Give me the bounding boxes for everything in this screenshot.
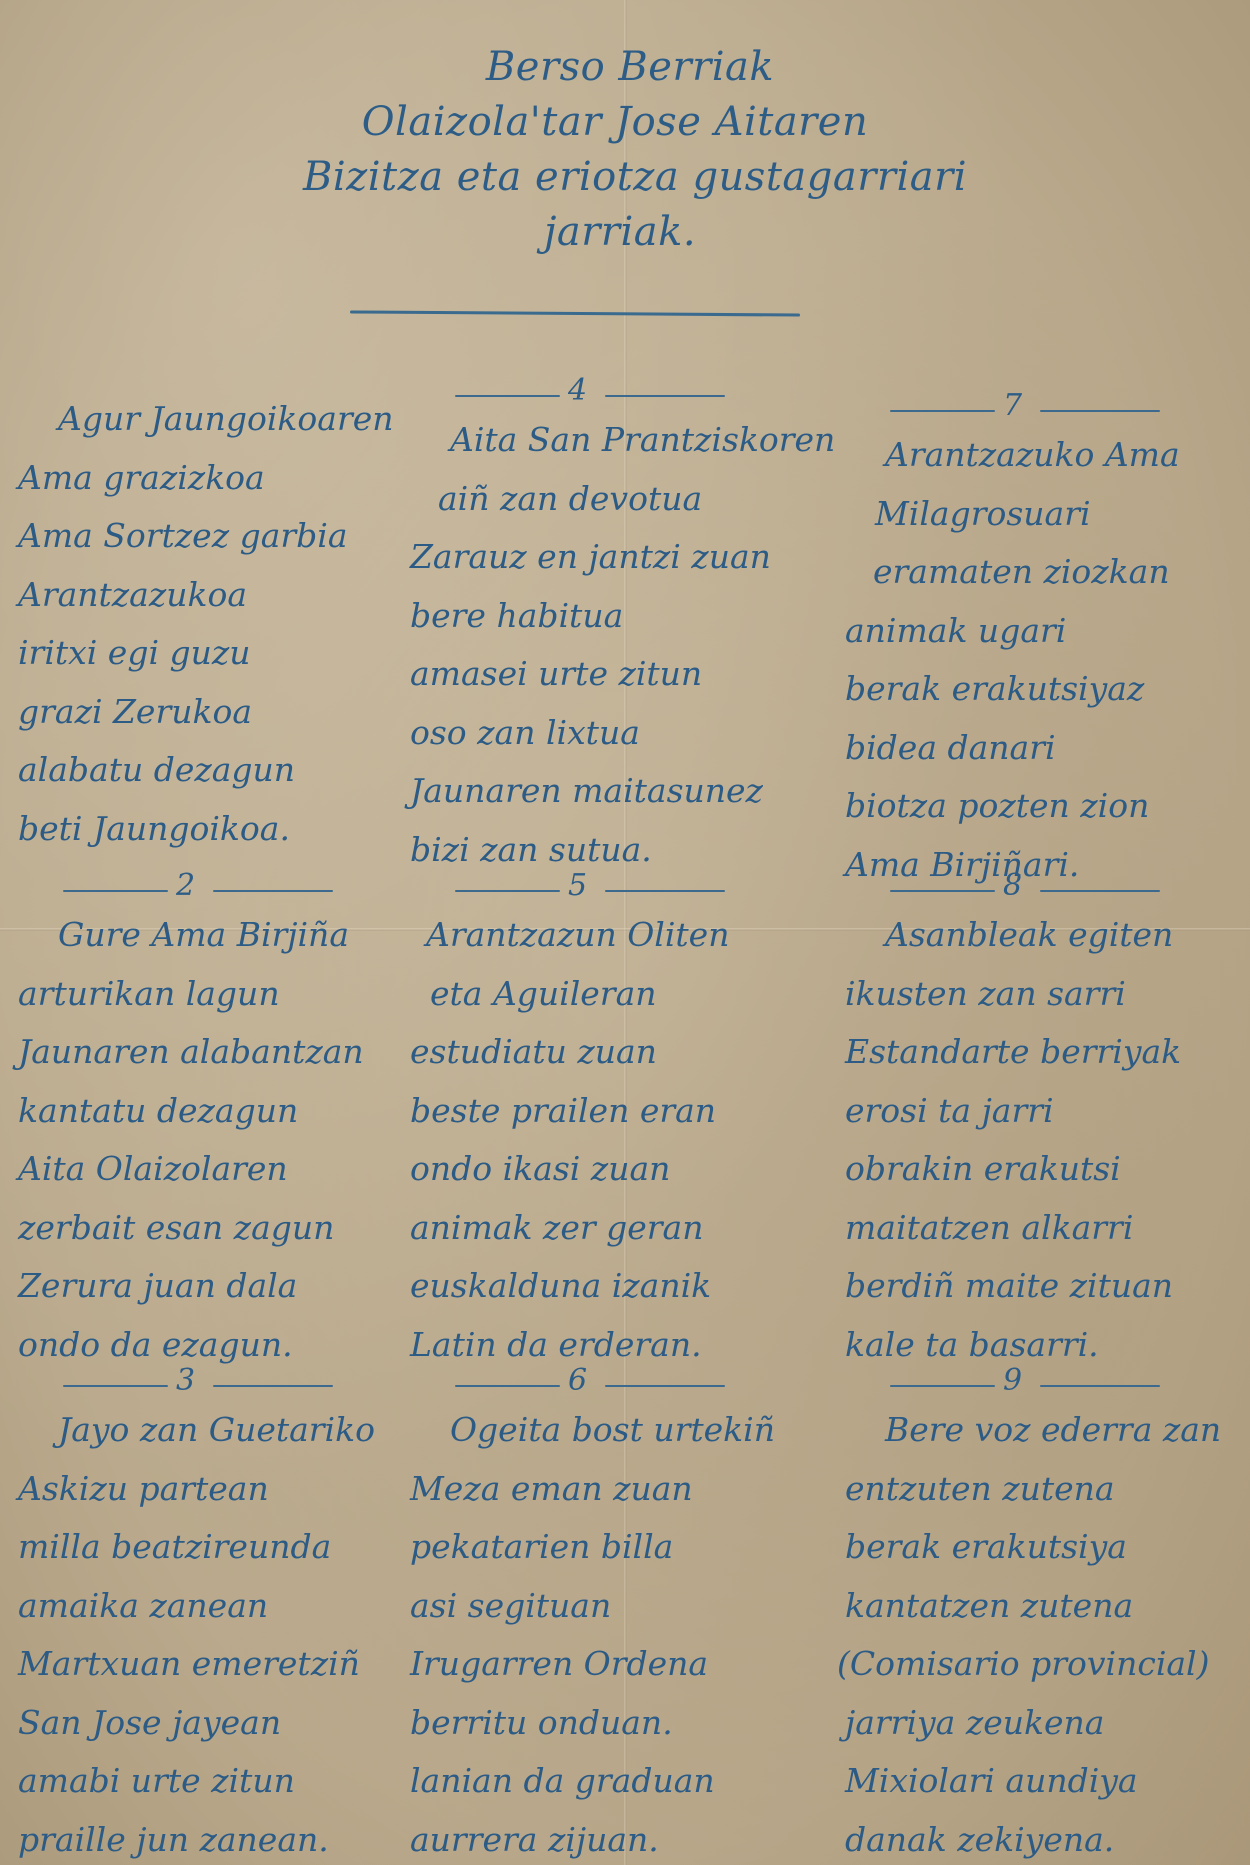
verse-line: (Comisario provincial) bbox=[837, 1635, 1250, 1694]
divider-rule bbox=[1040, 890, 1160, 892]
divider-rule bbox=[1040, 1385, 1160, 1387]
verse-lines: Arantzazun Oliten eta Aguileran estudiat… bbox=[410, 906, 840, 1374]
verse-line: berdiñ maite zituan bbox=[845, 1257, 1250, 1316]
title-line: Bizitza eta eriotza gustagarriari bbox=[20, 150, 1250, 205]
verse-line: Agur Jaungoikoaren bbox=[18, 390, 448, 449]
verse-line: ondo ikasi zuan bbox=[410, 1140, 840, 1199]
verse-line: Ama Sortzez garbia bbox=[18, 507, 448, 566]
verse-number-divider: 6 bbox=[455, 1365, 755, 1401]
verse-line: aurrera zijuan. bbox=[410, 1811, 840, 1865]
verse-line: eta Aguileran bbox=[410, 965, 840, 1024]
verse-line: bidea danari bbox=[845, 719, 1250, 778]
verse-line: amasei urte zitun bbox=[410, 645, 840, 704]
verse-lines: Bere voz ederra zan entzuten zutena bera… bbox=[845, 1401, 1250, 1865]
verse-line: Gure Ama Birjiña bbox=[18, 906, 448, 965]
verse-number-divider: 5 bbox=[455, 870, 755, 906]
verse-line: oso zan lixtua bbox=[410, 704, 840, 763]
verse-number: 5 bbox=[568, 868, 587, 904]
verse-line: lanian da graduan bbox=[410, 1752, 840, 1811]
verse-lines: Gure Ama Birjiña arturikan lagun Jaunare… bbox=[18, 906, 448, 1374]
verse-line: aiñ zan devotua bbox=[410, 470, 840, 529]
verse-line: Arantzazun Oliten bbox=[410, 906, 840, 965]
verse-line: zerbait esan zagun bbox=[18, 1199, 448, 1258]
verse-line: estudiatu zuan bbox=[410, 1023, 840, 1082]
verse-line: maitatzen alkarri bbox=[845, 1199, 1250, 1258]
verse-line: Meza eman zuan bbox=[410, 1460, 840, 1519]
verse-line: entzuten zutena bbox=[845, 1460, 1250, 1519]
verse-line: Arantzazukoa bbox=[18, 566, 448, 625]
verse-7: 7 Arantzazuko Ama Milagrosuari eramaten … bbox=[845, 390, 1250, 894]
verse-number-divider: 9 bbox=[890, 1365, 1190, 1401]
verse-line: Aita San Prantziskoren bbox=[410, 411, 840, 470]
verse-4: 4 Aita San Prantziskoren aiñ zan devotua… bbox=[410, 375, 840, 879]
divider-rule bbox=[63, 1385, 168, 1387]
verse-line: milla beatzireunda bbox=[18, 1518, 448, 1577]
verse-line: Askizu partean bbox=[18, 1460, 448, 1519]
verse-line: danak zekiyena. bbox=[845, 1811, 1250, 1865]
verse-line: Zerura juan dala bbox=[18, 1257, 448, 1316]
verse-number-divider: 2 bbox=[63, 870, 363, 906]
verse-line: beti Jaungoikoa. bbox=[18, 800, 448, 859]
divider-rule bbox=[605, 1385, 725, 1387]
verse-lines: Ogeita bost urtekiñ Meza eman zuan pekat… bbox=[410, 1401, 840, 1865]
title-line: Berso Berriak bbox=[10, 40, 1250, 95]
verse-line: Ama grazizkoa bbox=[18, 449, 448, 508]
verse-number: 9 bbox=[1003, 1363, 1022, 1399]
verse-number-divider: 3 bbox=[63, 1365, 363, 1401]
title-line: jarriak. bbox=[0, 205, 1250, 260]
divider-rule bbox=[455, 1385, 560, 1387]
divider-rule bbox=[890, 890, 995, 892]
verse-line: obrakin erakutsi bbox=[845, 1140, 1250, 1199]
verse-lines: Aita San Prantziskoren aiñ zan devotua Z… bbox=[410, 411, 840, 879]
verse-line: amaika zanean bbox=[18, 1577, 448, 1636]
verse-line: beste prailen eran bbox=[410, 1082, 840, 1141]
verse-line: Bere voz ederra zan bbox=[845, 1401, 1250, 1460]
verse-lines: Arantzazuko Ama Milagrosuari eramaten zi… bbox=[845, 426, 1250, 894]
verse-line: biotza pozten zion bbox=[845, 777, 1250, 836]
verse-6: 6 Ogeita bost urtekiñ Meza eman zuan pek… bbox=[410, 1365, 840, 1865]
verse-5: 5 Arantzazun Oliten eta Aguileran estudi… bbox=[410, 870, 840, 1374]
verse-line: asi segituan bbox=[410, 1577, 840, 1636]
verse-line: praille jun zanean. bbox=[18, 1811, 448, 1865]
verse-8: 8 Asanbleak egiten ikusten zan sarri Est… bbox=[845, 870, 1250, 1374]
verse-1: Agur Jaungoikoaren Ama grazizkoa Ama Sor… bbox=[18, 390, 448, 858]
verse-lines: Agur Jaungoikoaren Ama grazizkoa Ama Sor… bbox=[18, 390, 448, 858]
verse-number: 7 bbox=[1003, 388, 1022, 424]
verse-line: ikusten zan sarri bbox=[845, 965, 1250, 1024]
verse-line: kantatu dezagun bbox=[18, 1082, 448, 1141]
verse-line: Jayo zan Guetariko bbox=[18, 1401, 448, 1460]
verse-line: Asanbleak egiten bbox=[845, 906, 1250, 965]
verse-number: 8 bbox=[1003, 868, 1022, 904]
verse-line: arturikan lagun bbox=[18, 965, 448, 1024]
verse-line: amabi urte zitun bbox=[18, 1752, 448, 1811]
verse-9: 9 Bere voz ederra zan entzuten zutena be… bbox=[845, 1365, 1250, 1865]
divider-rule bbox=[455, 890, 560, 892]
verse-line: Zarauz en jantzi zuan bbox=[410, 528, 840, 587]
verse-line: Arantzazuko Ama bbox=[845, 426, 1250, 485]
verse-line: Milagrosuari bbox=[845, 485, 1250, 544]
divider-rule bbox=[890, 410, 995, 412]
verse-line: San Jose jayean bbox=[18, 1694, 448, 1753]
verse-line: euskalduna izanik bbox=[410, 1257, 840, 1316]
verse-line: berak erakutsiyaz bbox=[845, 660, 1250, 719]
verse-line: berak erakutsiya bbox=[845, 1518, 1250, 1577]
verse-number-divider: 7 bbox=[890, 390, 1190, 426]
verse-line: eramaten ziozkan bbox=[845, 543, 1250, 602]
verse-number-divider: 8 bbox=[890, 870, 1190, 906]
verse-line: pekatarien billa bbox=[410, 1518, 840, 1577]
verse-lines: Asanbleak egiten ikusten zan sarri Estan… bbox=[845, 906, 1250, 1374]
handwritten-letter-page: Berso Berriak Olaizola'tar Jose Aitaren … bbox=[0, 0, 1250, 1865]
verse-2: 2 Gure Ama Birjiña arturikan lagun Jauna… bbox=[18, 870, 448, 1374]
verse-line: Estandarte berriyak bbox=[845, 1023, 1250, 1082]
divider-rule bbox=[455, 395, 560, 397]
verse-line: bere habitua bbox=[410, 587, 840, 646]
verse-3: 3 Jayo zan Guetariko Askizu partean mill… bbox=[18, 1365, 448, 1865]
verse-line: Aita Olaizolaren bbox=[18, 1140, 448, 1199]
verse-line: berritu onduan. bbox=[410, 1694, 840, 1753]
verse-line: iritxi egi guzu bbox=[18, 624, 448, 683]
verse-number: 3 bbox=[176, 1363, 195, 1399]
verse-line: alabatu dezagun bbox=[18, 741, 448, 800]
verse-number: 2 bbox=[176, 868, 195, 904]
verse-number: 6 bbox=[568, 1363, 587, 1399]
verse-line: Ogeita bost urtekiñ bbox=[410, 1401, 840, 1460]
verse-line: Mixiolari aundiya bbox=[845, 1752, 1250, 1811]
divider-rule bbox=[63, 890, 168, 892]
divider-rule bbox=[1040, 410, 1160, 412]
verse-line: kantatzen zutena bbox=[845, 1577, 1250, 1636]
document-title: Berso Berriak Olaizola'tar Jose Aitaren … bbox=[0, 40, 1250, 260]
divider-rule bbox=[605, 890, 725, 892]
title-line: Olaizola'tar Jose Aitaren bbox=[0, 95, 1250, 150]
verse-line: Jaunaren maitasunez bbox=[410, 762, 840, 821]
verse-line: Jaunaren alabantzan bbox=[18, 1023, 448, 1082]
verse-line: jarriya zeukena bbox=[845, 1694, 1250, 1753]
divider-rule bbox=[213, 890, 333, 892]
verse-line: animak ugari bbox=[845, 602, 1250, 661]
verse-lines: Jayo zan Guetariko Askizu partean milla … bbox=[18, 1401, 448, 1865]
divider-rule bbox=[890, 1385, 995, 1387]
verse-line: Martxuan emeretziñ bbox=[18, 1635, 448, 1694]
verse-number: 4 bbox=[568, 373, 587, 409]
verse-line: Irugarren Ordena bbox=[410, 1635, 840, 1694]
title-divider bbox=[350, 310, 800, 316]
verse-line: grazi Zerukoa bbox=[18, 683, 448, 742]
divider-rule bbox=[605, 395, 725, 397]
divider-rule bbox=[213, 1385, 333, 1387]
verse-number-divider: 4 bbox=[455, 375, 755, 411]
verse-line: animak zer geran bbox=[410, 1199, 840, 1258]
verse-line: erosi ta jarri bbox=[845, 1082, 1250, 1141]
